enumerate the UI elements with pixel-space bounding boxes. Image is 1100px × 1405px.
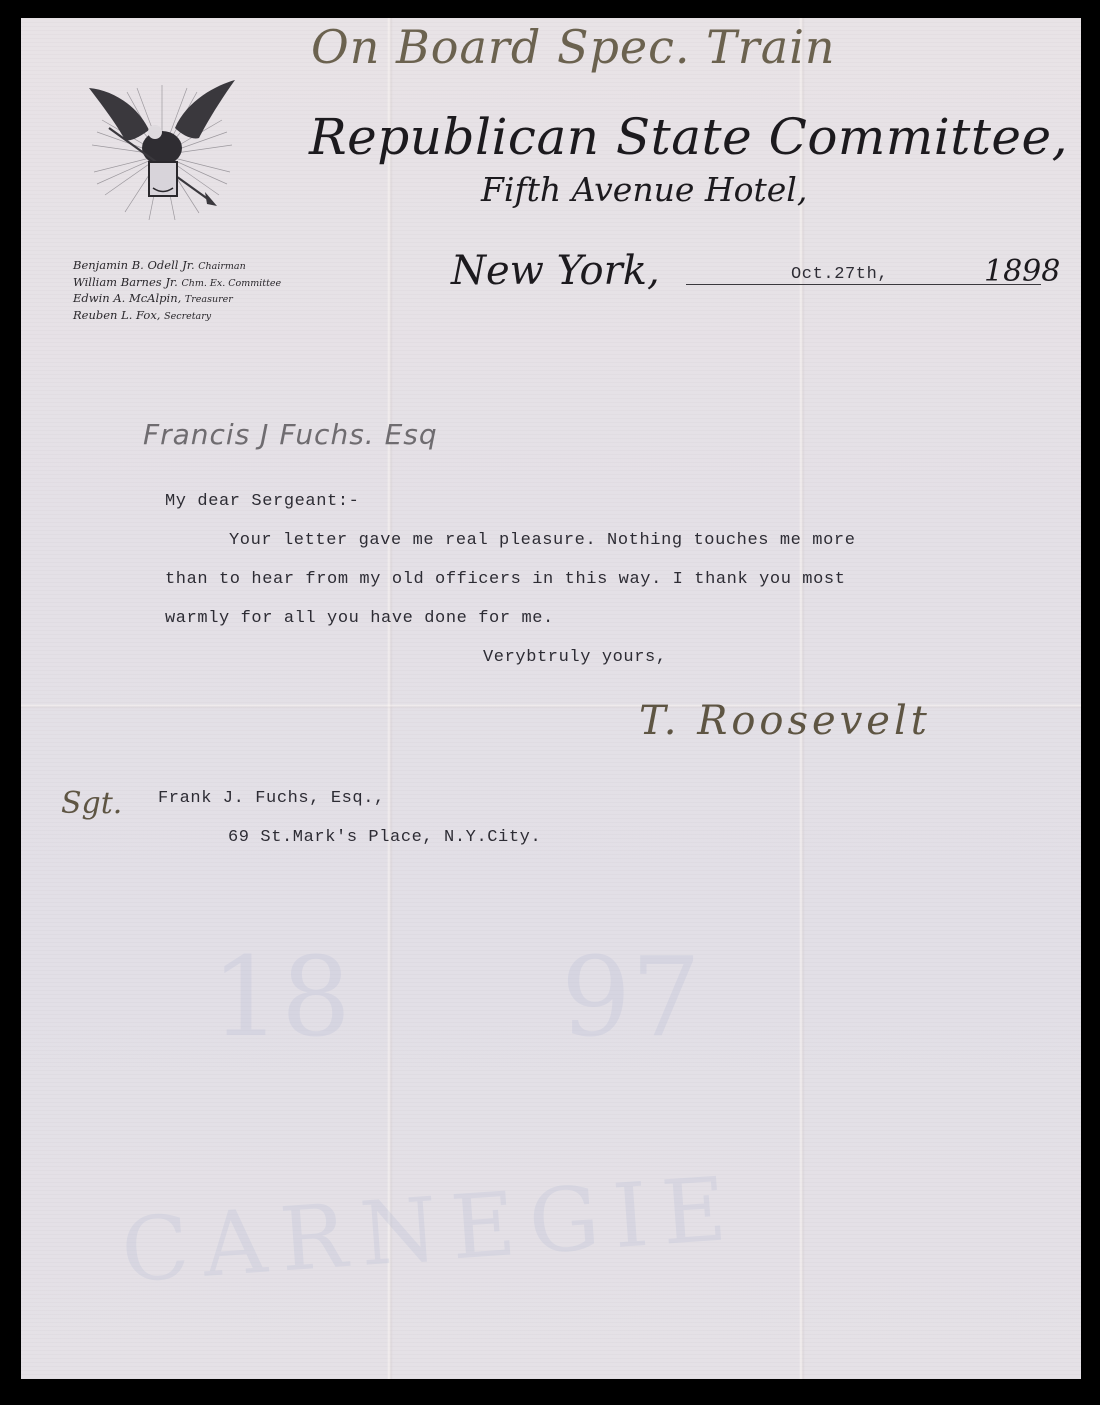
pencil-note: Francis J Fuchs. Esq [143, 418, 438, 451]
signature: T. Roosevelt [639, 698, 931, 744]
letter-date: Oct.27th, [791, 265, 888, 284]
salutation: My dear Sergeant:- [165, 492, 359, 511]
officer-chairman: Benjamin B. Odell Jr. Chairman [73, 258, 281, 275]
letterhead-subtitle: Fifth Avenue Hotel, [481, 170, 807, 209]
officer-secretary: Reuben L. Fox, Secretary [73, 308, 281, 325]
letter-year: 1898 [984, 254, 1060, 289]
letterhead-title: Republican State Committee, [309, 108, 1068, 166]
closing: Verybtruly yours, [483, 648, 667, 667]
recipient-address: 69 St.Mark's Place, N.Y.City. [228, 828, 541, 847]
letter-page: 18 97 CARNEGIE On Board Spec. Train [21, 18, 1081, 1379]
fold-crease-vertical-left [387, 18, 393, 1379]
body-line-3: warmly for all you have done for me. [165, 609, 554, 628]
body-line-1: Your letter gave me real pleasure. Nothi… [229, 531, 856, 550]
officers-list: Benjamin B. Odell Jr. Chairman William B… [73, 258, 281, 324]
watermark-text: CARNEGIE [118, 1157, 743, 1303]
handwritten-sgt-prefix: Sgt. [61, 786, 122, 821]
recipient-name: Frank J. Fuchs, Esq., [158, 789, 385, 808]
officer-treasurer: Edwin A. McAlpin, Treasurer [73, 291, 281, 308]
eagle-emblem-icon [87, 80, 237, 220]
handwritten-header: On Board Spec. Train [311, 20, 836, 74]
body-line-2: than to hear from my old officers in thi… [165, 570, 846, 589]
officer-executive-committee: William Barnes Jr. Chm. Ex. Committee [73, 275, 281, 292]
watermark-year-right: 97 [561, 933, 701, 1061]
letterhead-place: New York, [451, 248, 660, 294]
watermark-year-left: 18 [211, 933, 351, 1061]
